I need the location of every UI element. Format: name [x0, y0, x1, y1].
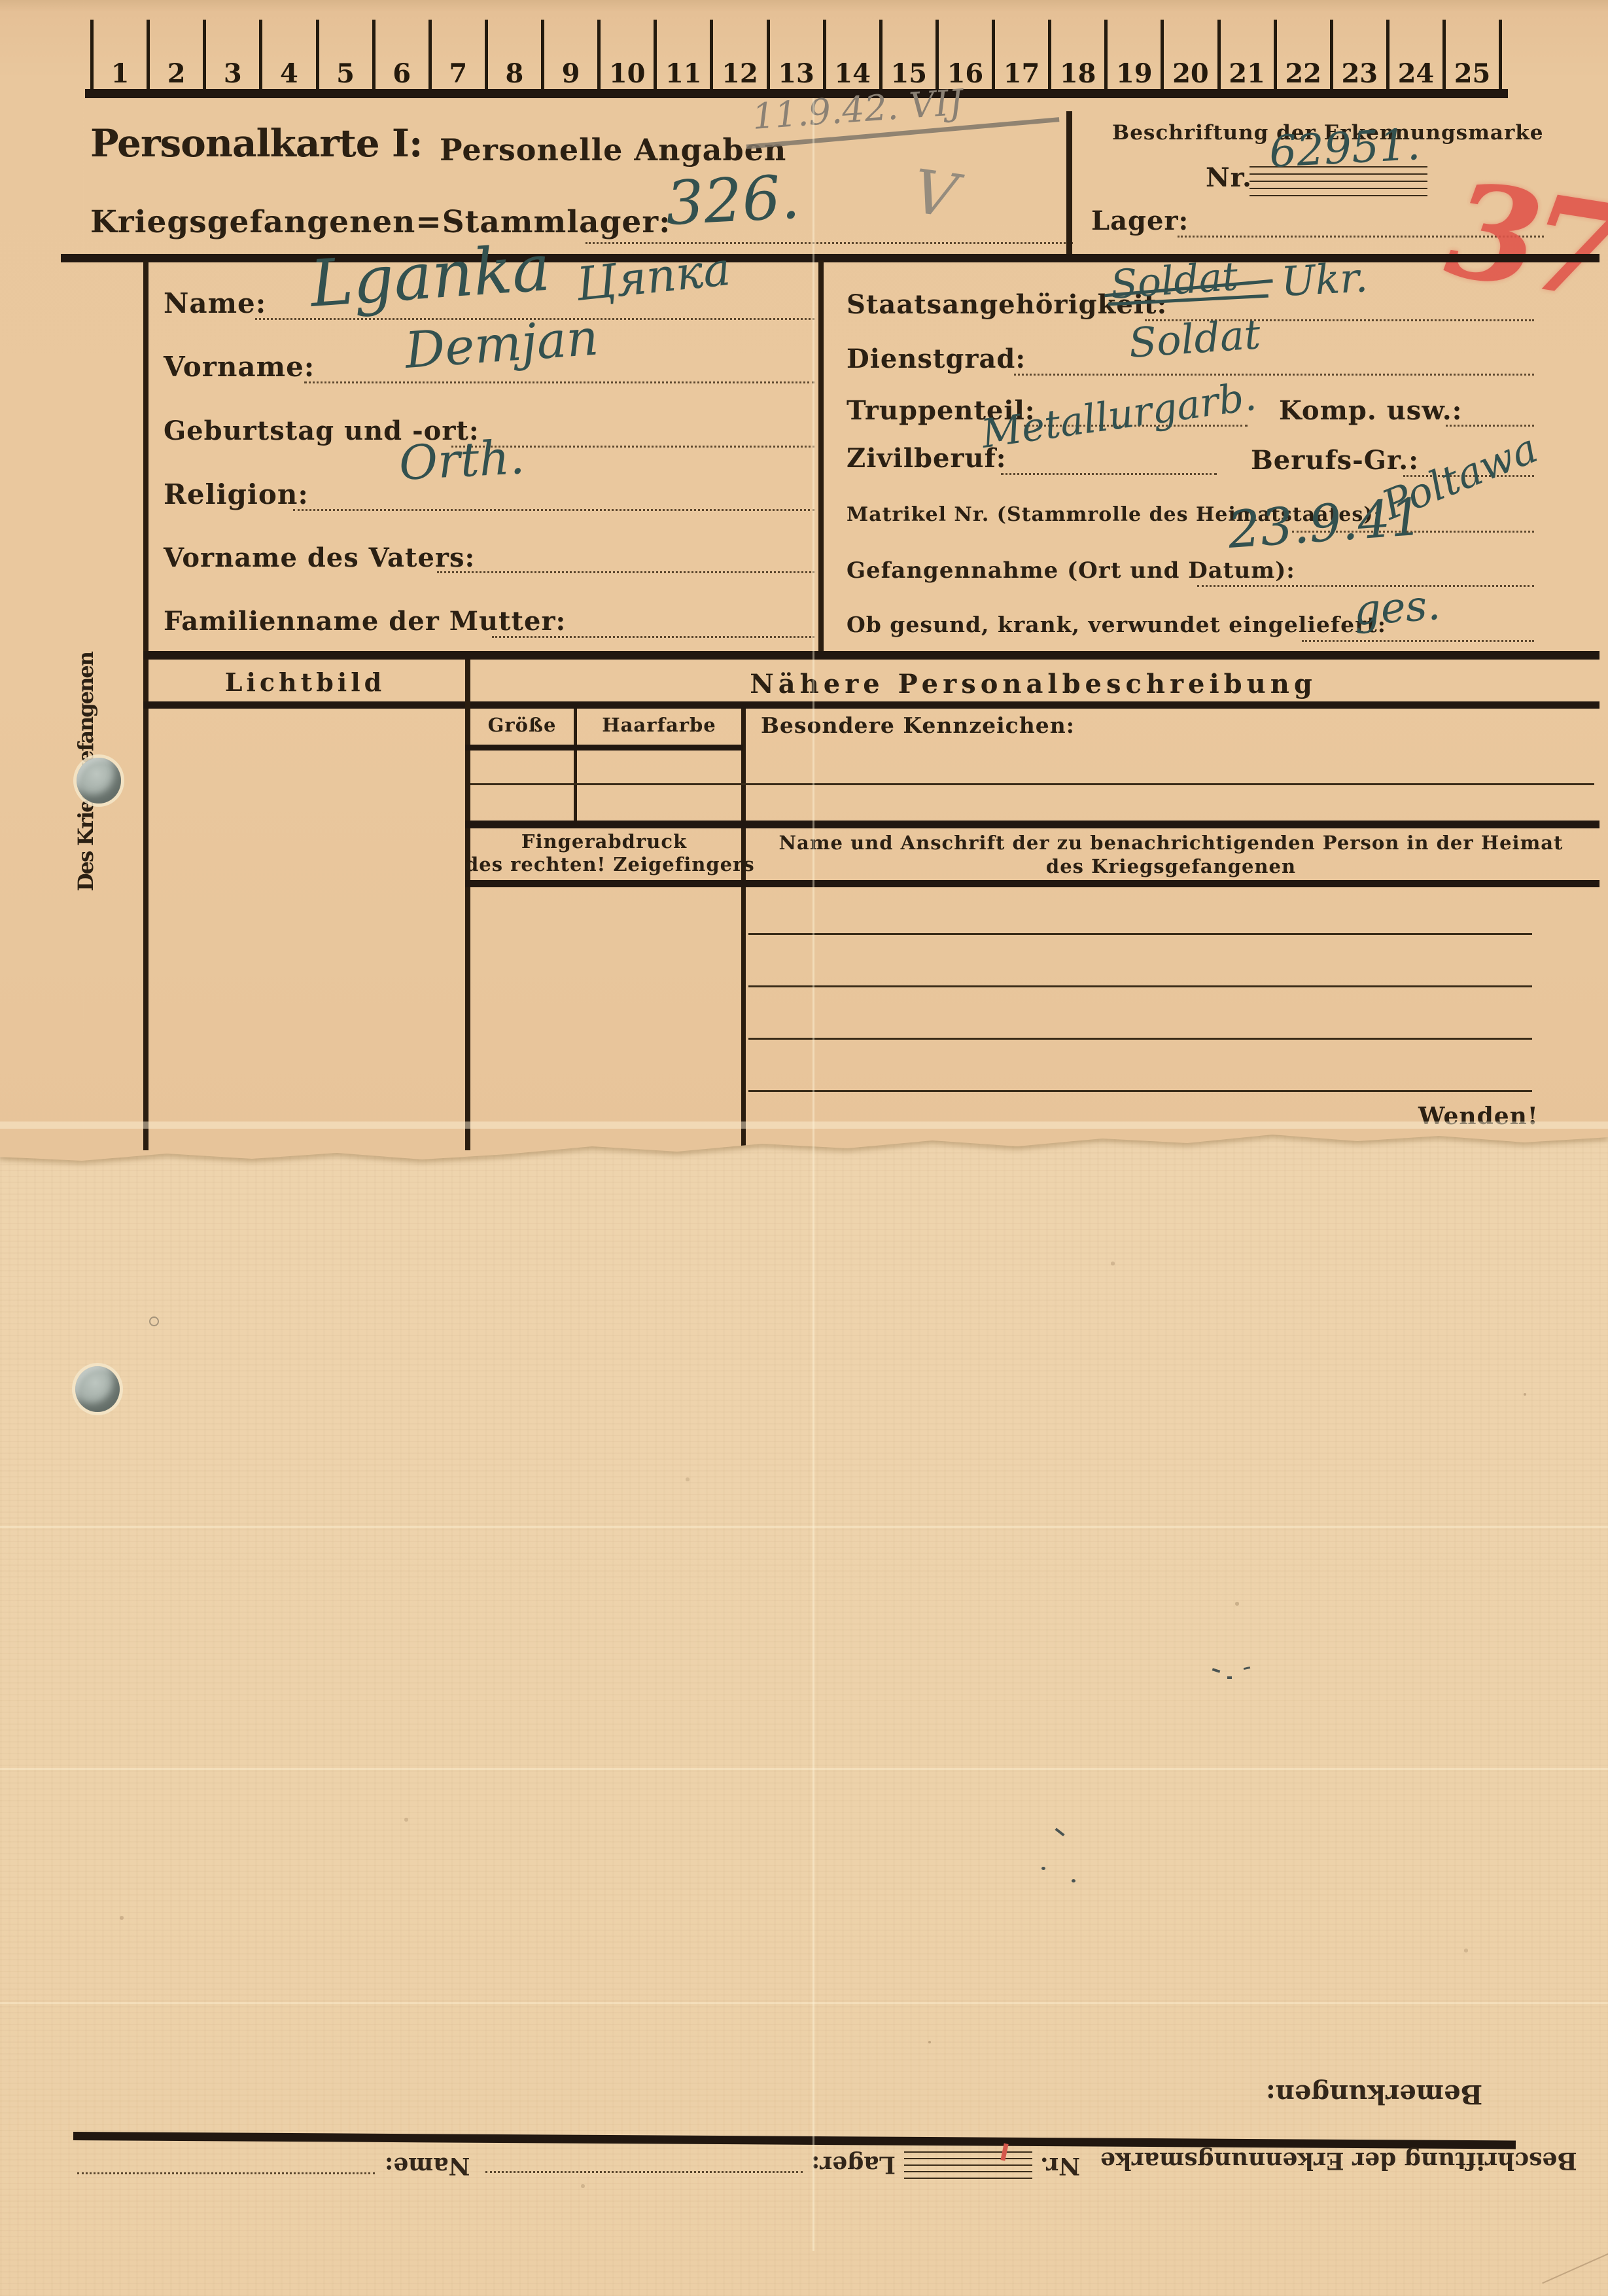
photo-column-divider	[465, 660, 470, 1150]
beschreibung-header: Nähere Personalbeschreibung	[467, 671, 1599, 698]
field-value-vorname: Demjan	[404, 313, 600, 376]
red-camp-number: 370	[1439, 164, 1608, 331]
field-value-name: Lganka	[308, 236, 552, 317]
notify-ruled-line	[748, 1090, 1532, 1092]
ruler-cell: 19	[1104, 20, 1161, 90]
ruler-cell: 17	[992, 20, 1048, 90]
stammlager-value: 326.	[664, 167, 801, 234]
field-value-religion: Orth.	[398, 433, 525, 487]
ruler-cell: 20	[1161, 20, 1217, 90]
card-wrapper: 1234567891011121314151617181920212223242…	[0, 0, 1608, 2296]
ruler-cell: 22	[1274, 20, 1330, 90]
haarfarbe-header: Haarfarbe	[577, 716, 741, 735]
field-label-name: Name:	[164, 290, 266, 317]
ruler-cell: 16	[935, 20, 992, 90]
stammlager-dotted-line	[586, 242, 1073, 244]
field-value-dienstgrad: Soldat	[1128, 314, 1262, 364]
ruler-cell: 2	[147, 20, 203, 90]
row-line	[470, 783, 1594, 785]
ruler-cell: 13	[767, 20, 823, 90]
section-rule	[143, 701, 1599, 709]
ruler-cell: 9	[541, 20, 597, 90]
card-title: Personalkarte I:	[90, 124, 422, 162]
field-value-zivilberuf: Metallurgarb.	[979, 377, 1259, 454]
fields-center-divider	[818, 260, 824, 653]
idbox-lager-label: Lager:	[1091, 208, 1189, 234]
field-label-zivilberuf: Zivilberuf:	[847, 446, 1007, 472]
ruler-cell: 11	[654, 20, 710, 90]
field-line-vater	[437, 571, 814, 573]
personalkarte-card: 1234567891011121314151617181920212223242…	[0, 0, 1608, 1171]
fingerprint-header-line2: des rechten! Zeigefingers	[465, 855, 743, 874]
mini-table-rule	[465, 745, 743, 751]
main-rule-top	[61, 254, 1599, 262]
card-subtitle: Personelle Angaben	[440, 135, 786, 165]
ruler-cell: 14	[823, 20, 879, 90]
field-label-berufsgr: Berufs-Gr.:	[1251, 448, 1419, 474]
idbox-left-border	[1066, 111, 1072, 260]
notify-header-line1: Name und Anschrift der zu benachrichtige…	[746, 834, 1596, 853]
field-label-vorname: Vorname:	[164, 353, 315, 381]
idbox-nr-value: 62951.	[1268, 123, 1422, 174]
kennzeichen-column-divider	[741, 709, 746, 1150]
field-line-zivilberuf	[1001, 473, 1217, 475]
field-label-mutter: Familienname der Mutter:	[164, 609, 566, 635]
field-value-staat: Ukr.	[1280, 257, 1369, 302]
field-line-mutter	[492, 636, 814, 638]
field-line-vorname	[304, 381, 814, 383]
ruler-cell: 3	[203, 20, 259, 90]
idbox-nr-label: Nr.	[1206, 165, 1252, 191]
pencil-check-mark: V	[909, 162, 961, 227]
ruler-cell: 6	[372, 20, 428, 90]
field-label-gesund: Ob gesund, krank, verwundet eingeliefert…	[847, 614, 1386, 635]
ruler-cell: 18	[1048, 20, 1104, 90]
ruler-cell: 15	[879, 20, 935, 90]
ruler-cell: 8	[485, 20, 541, 90]
field-label-komp: Komp. usw.:	[1279, 398, 1462, 424]
notify-ruled-line	[748, 933, 1532, 935]
fingerprint-header-line1: Fingerabdruck	[465, 832, 743, 851]
notify-ruled-line	[748, 985, 1532, 987]
ruler-cell: 21	[1217, 20, 1274, 90]
ruler-cell: 7	[428, 20, 485, 90]
field-label-dienstgrad: Dienstgrad:	[847, 346, 1026, 372]
field-line-gesund	[1302, 640, 1534, 642]
lichtbild-header: Lichtbild	[143, 670, 467, 695]
ruler-cells: 1234567891011121314151617181920212223242…	[90, 20, 1502, 90]
notify-header-line2: des Kriegsgefangenen	[746, 857, 1596, 876]
vertical-crease	[813, 98, 814, 2251]
field-label-religion: Religion:	[164, 481, 309, 508]
ruler-cell: 10	[597, 20, 654, 90]
fold-crease	[0, 1122, 1608, 1129]
ruler-cell: 24	[1386, 20, 1442, 90]
section-rule	[143, 651, 1599, 660]
field-label-vater: Vorname des Vaters:	[164, 545, 475, 571]
field-value-name-alt: Цяпка	[574, 246, 733, 308]
section-rule	[465, 821, 1599, 828]
field-value-gefangennahme-place: Poltawa	[1377, 428, 1543, 526]
field-line-dienstgrad	[1014, 374, 1534, 376]
groesse-header: Größe	[470, 716, 574, 735]
stammlager-label: Kriegsgefangenen=Stammlager:	[90, 207, 671, 238]
kennzeichen-header: Besondere Kennzeichen:	[761, 715, 1075, 736]
ruler-cell: 4	[259, 20, 315, 90]
ruler-cell: 5	[316, 20, 372, 90]
ruler-cell: 1	[90, 20, 147, 90]
ruler-cell: 25	[1442, 20, 1499, 90]
field-label-gefangennahme: Gefangennahme (Ort und Datum):	[847, 559, 1295, 582]
field-line-religion	[293, 509, 814, 511]
notify-ruled-line	[748, 1038, 1532, 1040]
ruler-cell: 12	[710, 20, 766, 90]
margin-vertical-label: Des Kriegsgefangenen	[73, 486, 98, 891]
section-rule	[465, 880, 1599, 887]
pow-card-scan: Bemerkungen: Beschriftung der Erkennungs…	[0, 0, 1608, 2296]
ruler-cell: 23	[1330, 20, 1386, 90]
field-value-gesund: ges.	[1353, 584, 1442, 632]
hole-punch-top	[77, 758, 121, 804]
